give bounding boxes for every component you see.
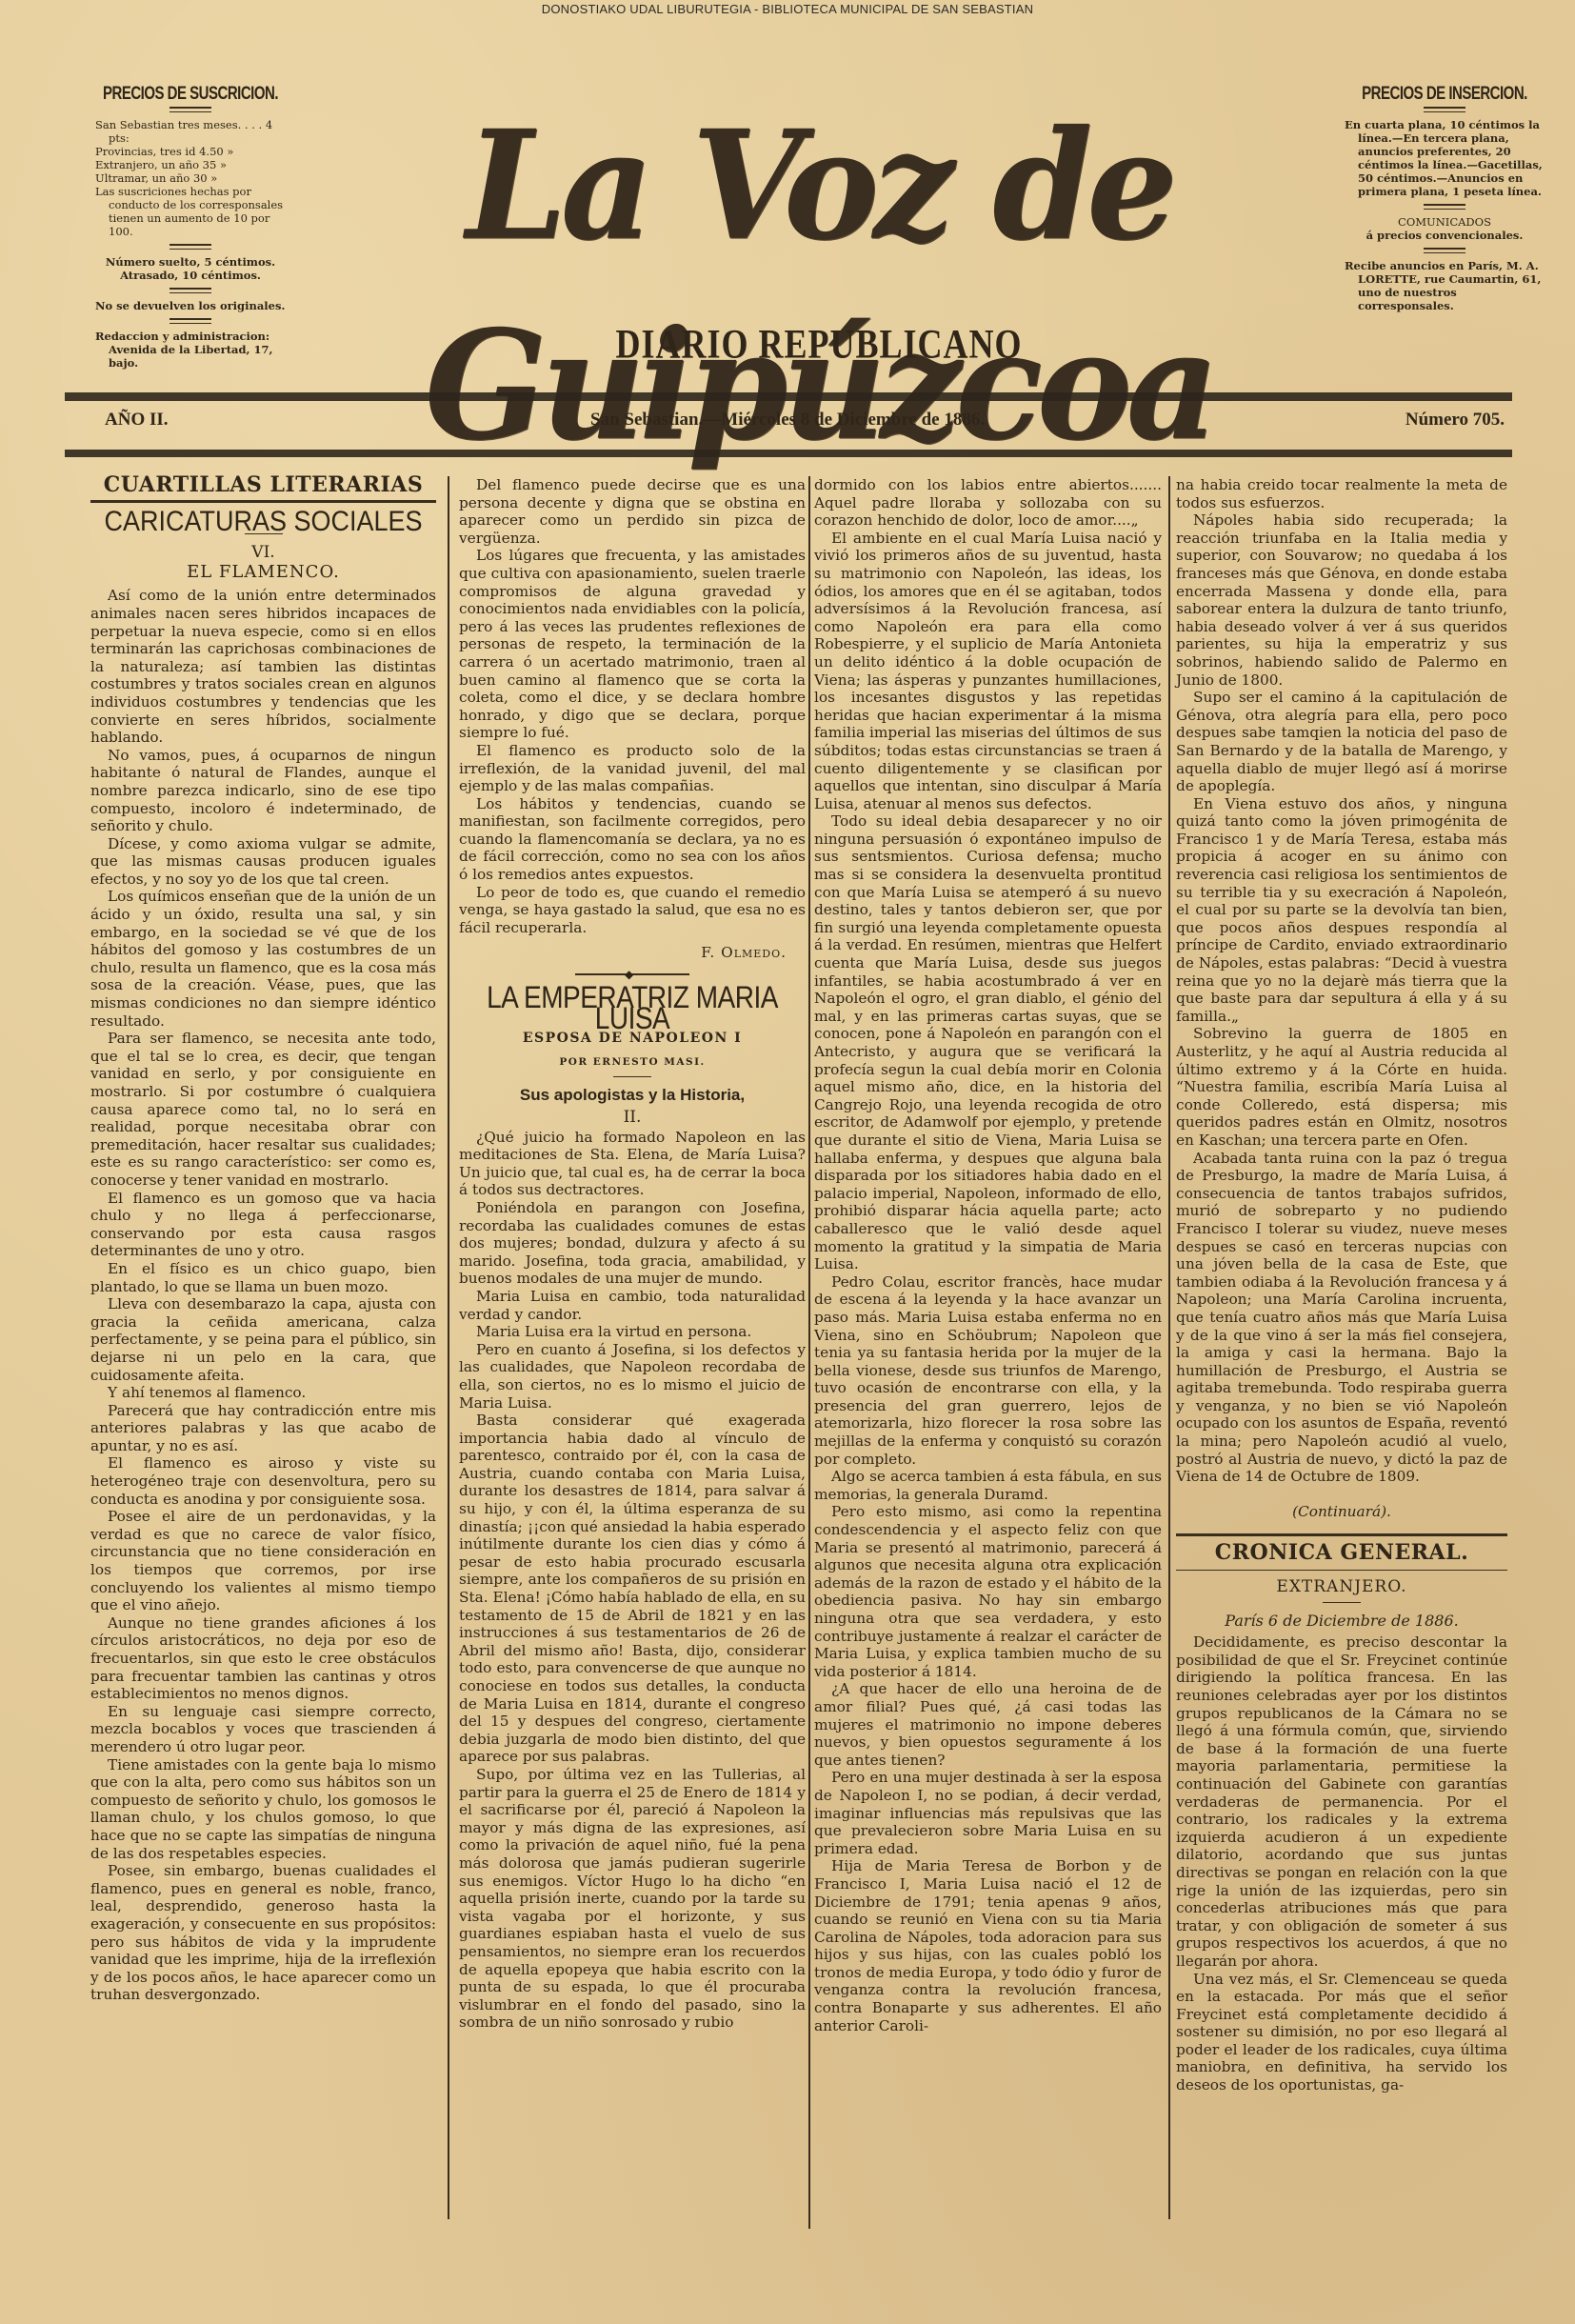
column-4: na habia creido tocar realmente la meta …	[1176, 476, 1507, 2094]
paragraph: ¿A que hacer de ello una heroina de de a…	[814, 1680, 1162, 1769]
paragraph: Sobrevino la guerra de 1805 en Austerlit…	[1176, 1025, 1507, 1149]
paragraph: Algo se acerca tambien á esta fábula, en…	[814, 1468, 1162, 1503]
ornament-rule	[1424, 204, 1465, 210]
subscription-heading: PRECIOS DE SUSCRICION.	[95, 86, 286, 103]
paragraph: Los lúgares que frecuenta, y las amistad…	[459, 547, 806, 742]
paragraph: Tiene amistades con la gente baja lo mis…	[90, 1756, 436, 1863]
newspaper-subtitle: DIARIO REPUBLICANO	[314, 320, 1324, 368]
comunicados-text: á precios convencionales.	[1345, 229, 1545, 242]
divider	[1176, 1533, 1507, 1536]
dateline-bar: AÑO II. San Sebastian.—Miércoles 8 de Di…	[105, 410, 1505, 438]
paragraph: El flamenco es un gomoso que va hacia ch…	[90, 1190, 436, 1260]
article-byline: POR ERNESTO MASI.	[459, 1053, 806, 1072]
archive-watermark: DONOSTIAKO UDAL LIBURUTEGIA - BIBLIOTECA…	[0, 2, 1575, 16]
issue-number: Número 705.	[1406, 410, 1505, 431]
price-line: Extranjero, un año 35 »	[95, 158, 286, 171]
masthead: La Voz de Guipúzcoa DIARIO REPUBLICANO	[314, 95, 1324, 295]
price-line: Ultramar, un año 30 »	[95, 171, 286, 185]
paragraph: En su lenguaje casi siempre correcto, me…	[90, 1703, 436, 1756]
price-line: San Sebastian tres meses. . . . 4 pts:	[95, 118, 286, 145]
paragraph: Del flamenco puede decirse que es una pe…	[459, 476, 806, 547]
single-copy-price: Número suelto, 5 céntimos.	[95, 255, 286, 269]
subscription-prices-box: PRECIOS DE SUSCRICION. San Sebastian tre…	[95, 88, 286, 370]
divider	[1323, 1602, 1361, 1603]
price-note: Las suscriciones hechas por conducto de …	[95, 185, 286, 238]
ad-rates: En cuarta plana, 10 céntimos la línea.—E…	[1345, 118, 1545, 198]
paragraph: Pero en una mujer destinada à ser la esp…	[814, 1769, 1162, 1857]
paragraph: Para ser flamenco, se necesita ante todo…	[90, 1030, 436, 1189]
year-label: AÑO II.	[105, 410, 169, 431]
bottom-rule	[65, 450, 1512, 457]
paragraph: Aunque no tiene grandes aficiones á los …	[90, 1614, 436, 1703]
ornament-divider	[575, 973, 689, 979]
comunicados-title: COMUNICADOS	[1345, 215, 1545, 229]
ornament-rule	[1424, 248, 1465, 253]
paragraph: El flamenco es airoso y viste su heterog…	[90, 1454, 436, 1508]
column-divider	[1168, 476, 1170, 2219]
ornament-rule	[169, 288, 211, 293]
article-title: LA EMPERATRIZ MARIA LUISA	[459, 988, 806, 1029]
column-3: dormido con los labios entre abiertos...…	[814, 476, 1162, 2034]
paragraph: Decididamente, es preciso descontar la p…	[1176, 1633, 1507, 1970]
paragraph: Lleva con desembarazo la capa, ajusta co…	[90, 1295, 436, 1384]
paragraph: Maria Luisa en cambio, toda naturalidad …	[459, 1288, 806, 1323]
back-copy-price: Atrasado, 10 céntimos.	[95, 269, 286, 282]
ornament-rule	[1424, 107, 1465, 112]
paragraph: Hija de Maria Teresa de Borbon y de Fran…	[814, 1857, 1162, 2034]
insertion-heading: PRECIOS DE INSERCION.	[1345, 86, 1545, 103]
paragraph: Supo ser el camino á la capitulación de …	[1176, 689, 1507, 795]
subsection-title: EXTRANJERO.	[1176, 1578, 1507, 1596]
paragraph: Pedro Colau, escritor francès, hace muda…	[814, 1273, 1162, 1469]
date-label: San Sebastian.—Miércoles 8 de Diciembre …	[590, 410, 985, 431]
paragraph: ¿Qué juicio ha formado Napoleon en las m…	[459, 1129, 806, 1199]
paragraph: Así como de la unión entre determinados …	[90, 587, 436, 746]
originals-note: No se devuelven los originales.	[95, 299, 286, 312]
paragraph: dormido con los labios entre abiertos...…	[814, 476, 1162, 530]
continued-note: (Continuará).	[1176, 1503, 1507, 1521]
paragraph: na habia creido tocar realmente la meta …	[1176, 476, 1507, 511]
paragraph: El ambiente en el cual María Luisa nació…	[814, 530, 1162, 813]
chapter-number: II.	[459, 1109, 806, 1127]
paragraph: Todo su ideal debia desaparecer y no oir…	[814, 812, 1162, 1272]
paragraph: Los químicos enseñan que de la unión de …	[90, 888, 436, 1030]
section-heading: CUARTILLAS LITERARIAS	[90, 476, 436, 494]
insertion-prices-box: PRECIOS DE INSERCION. En cuarta plana, 1…	[1345, 88, 1545, 312]
paris-agent: Recibe anuncios en París, M. A. LORETTE,…	[1345, 259, 1545, 312]
paragraph: Basta considerar qué exagerada importanc…	[459, 1412, 806, 1766]
paragraph: Pero esto mismo, asi como la repentina c…	[814, 1503, 1162, 1680]
ornament-rule	[169, 107, 211, 112]
paragraph: Parecerá que hay contradicción entre mis…	[90, 1402, 436, 1455]
chapter-number: VI.	[90, 544, 436, 562]
column-1: CUARTILLAS LITERARIAS CARICATURAS SOCIAL…	[90, 476, 436, 2004]
ornament-rule	[169, 244, 211, 250]
paragraph: Posee, sin embargo, buenas cualidades el…	[90, 1862, 436, 2004]
column-divider	[808, 476, 810, 2229]
price-line: Provincias, tres id 4.50 »	[95, 145, 286, 158]
paragraph: Una vez más, el Sr. Clemenceau se queda …	[1176, 1971, 1507, 2094]
paragraph: En el físico es un chico guapo, bien pla…	[90, 1260, 436, 1295]
news-dateline: París 6 de Diciembre de 1886.	[1176, 1613, 1507, 1631]
paragraph: Acabada tanta ruina con la paz ó tregua …	[1176, 1150, 1507, 1486]
article-section: Sus apologistas y la Historia,	[459, 1087, 806, 1105]
paragraph: Lo peor de todo es, que cuando el remedi…	[459, 884, 806, 937]
column-2: Del flamenco puede decirse que es una pe…	[459, 476, 806, 2032]
paragraph: Posee el aire de un perdonavidas, y la v…	[90, 1508, 436, 1614]
ornament-rule	[169, 318, 211, 324]
paragraph: Dícese, y como axioma vulgar se admite, …	[90, 835, 436, 889]
divider	[1176, 1570, 1507, 1571]
paragraph: Y ahí tenemos al flamenco.	[90, 1384, 436, 1402]
paragraph: Los hábitos y tendencias, cuando se mani…	[459, 795, 806, 884]
paragraph: Maria Luisa era la virtud en persona.	[459, 1323, 806, 1341]
paragraph: En Viena estuvo dos años, y ninguna quiz…	[1176, 795, 1507, 1026]
paragraph: El flamenco es producto solo de la irref…	[459, 742, 806, 795]
office-address: Redaccion y administracion: Avenida de l…	[95, 330, 286, 370]
paragraph: Poniéndola en parangon con Josefina, rec…	[459, 1199, 806, 1288]
paragraph: No vamos, pues, á ocuparnos de ningun ha…	[90, 747, 436, 835]
paragraph: Nápoles habia sido recuperada; la reacci…	[1176, 511, 1507, 689]
column-divider	[448, 476, 449, 2219]
series-title: CARICATURAS SOCIALES	[90, 511, 436, 531]
section-heading: CRONICA GENERAL.	[1176, 1544, 1507, 1562]
top-rule	[65, 392, 1512, 401]
paragraph: Pero en cuanto á Josefina, si los defect…	[459, 1341, 806, 1412]
divider	[90, 500, 436, 503]
author-signature: F. Olmedo.	[459, 944, 787, 962]
paragraph: Supo, por última vez en las Tullerias, a…	[459, 1766, 806, 2032]
divider	[613, 1076, 651, 1077]
article-title: EL FLAMENCO.	[90, 564, 436, 582]
